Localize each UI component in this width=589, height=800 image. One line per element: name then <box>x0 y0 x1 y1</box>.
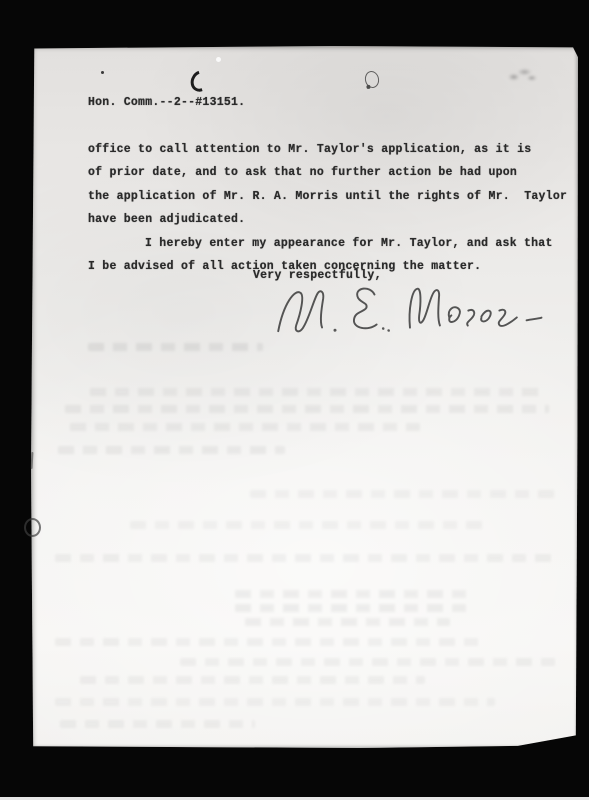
letter-body: office to call attention to Mr. Taylor's… <box>88 138 578 278</box>
body-line: I hereby enter my appearance for Mr. Tay… <box>88 232 578 255</box>
body-line: the application of Mr. R. A. Morris unti… <box>88 185 578 208</box>
ghost-text-line <box>235 590 475 598</box>
ghost-text-line <box>90 388 545 396</box>
ghost-text-line <box>80 676 425 684</box>
ghost-text-line <box>60 720 255 728</box>
ghost-text-line <box>245 618 450 626</box>
signature-drawing <box>268 274 570 342</box>
ghost-text-line <box>65 405 549 413</box>
ghost-text-line <box>130 521 490 529</box>
ghost-text-line <box>55 698 495 706</box>
scan-background: Hon. Comm.--2--#13151. office to call at… <box>0 0 589 800</box>
ink-dot-mark <box>101 71 104 74</box>
reference-number: Hon. Comm.--2--#13151. <box>88 96 245 109</box>
ghost-text-line <box>235 604 475 612</box>
signature: W. E. Moses <box>268 274 570 346</box>
ghost-text-line <box>180 658 560 666</box>
body-line: office to call attention to Mr. Taylor's… <box>88 138 578 161</box>
document-page: Hon. Comm.--2--#13151. office to call at… <box>31 46 578 748</box>
smudge-mark <box>503 65 539 85</box>
ghost-text-line <box>70 423 420 431</box>
ghost-text-line <box>55 638 485 646</box>
body-line: have been adjudicated. <box>88 208 578 231</box>
ghost-text-line <box>55 554 555 562</box>
ring-mark <box>363 70 380 90</box>
white-speck <box>216 57 221 62</box>
ghost-text-line <box>88 343 263 351</box>
ghost-text-line <box>58 446 285 454</box>
binder-ring-mark <box>24 518 41 537</box>
crescent-mark <box>187 67 214 95</box>
ghost-text-line <box>250 490 555 498</box>
body-line: of prior date, and to ask that no furthe… <box>88 161 578 184</box>
